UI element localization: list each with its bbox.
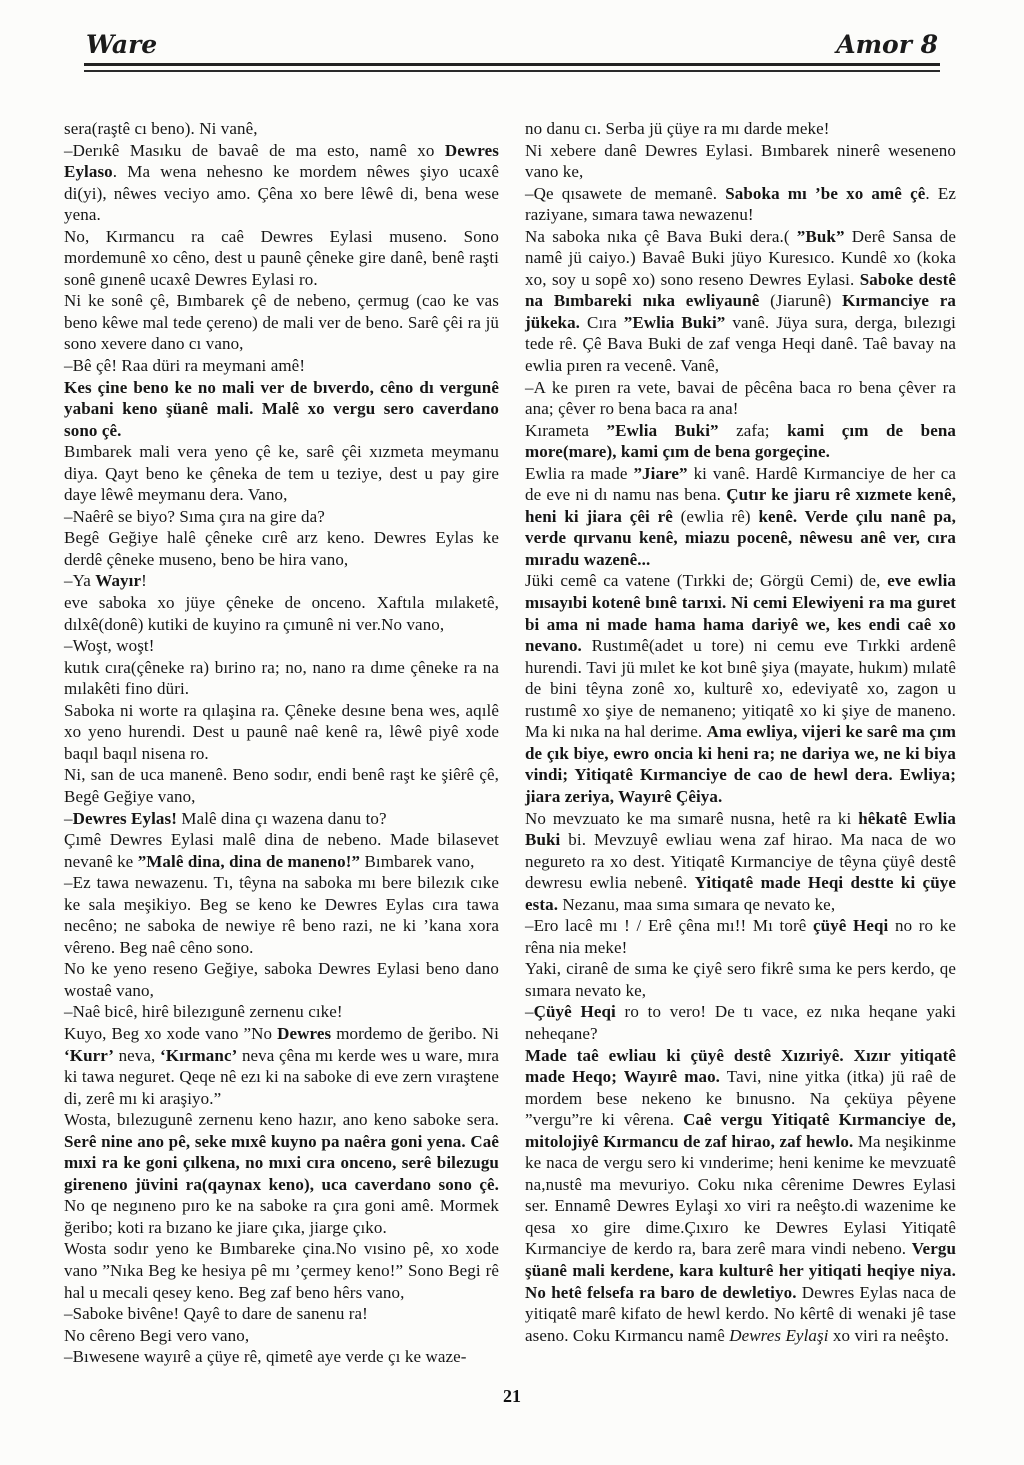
text-run: Serê nine ano pê, seke mıxê kuyno pa naê…	[64, 1132, 499, 1194]
page-number: 21	[0, 1386, 1024, 1407]
text-run: –	[525, 1002, 534, 1021]
paragraph: Ewlia ra made ”Jiare” ki vanê. Hardê Kır…	[525, 463, 956, 571]
text-run: Cıra	[580, 313, 624, 332]
text-run: –Qe qısawete de memanê.	[525, 184, 725, 203]
text-run: Yaki, ciranê de sıma ke çiyê sero fikrê …	[525, 959, 956, 1000]
text-run: –Naê bicê, hirê bilezıgunê zernenu cıke!	[64, 1002, 343, 1021]
paragraph: –Saboke bivêne! Qayê to dare de sanenu r…	[64, 1303, 499, 1325]
paragraph: Kes çine beno ke no mali ver de bıverdo,…	[64, 377, 499, 442]
text-run: ”Ewlia Buki”	[607, 421, 719, 440]
text-run: sera(raştê cı beno). Ni vanê,	[64, 119, 258, 138]
paragraph: –Bıwesene wayırê a çüye rê, qimetê aye v…	[64, 1346, 499, 1368]
header-divider	[84, 63, 940, 72]
paragraph: –Derıkê Masıku de bavaê de ma esto, namê…	[64, 140, 499, 226]
text-run: No qe negıneno pıro ke na saboke ra çıra…	[64, 1196, 499, 1237]
text-run: No, Kırmancu ra caê Dewres Eylasi museno…	[64, 227, 499, 289]
text-run: ‘Kırmanc’	[160, 1046, 237, 1065]
text-run: ”Jiare”	[633, 464, 687, 483]
text-run: . Ma wena nehesno ke mordem nêwes şiyo u…	[64, 162, 499, 224]
text-run: Ni xebere danê Dewres Eylasi. Bımbarek n…	[525, 141, 956, 182]
paragraph: –Naêrê se biyo? Sıma çıra na gire da?	[64, 506, 499, 528]
paragraph: No mevzuato ke ma sımarê nusna, hetê ra …	[525, 808, 956, 916]
text-run: –Naêrê se biyo? Sıma çıra na gire da?	[64, 507, 325, 526]
text-run: Ni, san de uca manenê. Beno sodır, endi …	[64, 765, 499, 806]
text-run: Saboka ni worte ra qılaşina ra. Çêneke d…	[64, 701, 499, 763]
text-run: kutık cıra(çêneke ra) bırino ra; no, nan…	[64, 658, 499, 699]
paragraph: –Dewres Eylas! Malê dina çı wazena danu …	[64, 808, 499, 830]
text-run: ”Buk”	[797, 227, 845, 246]
article-body: sera(raştê cı beno). Ni vanê,–Derıkê Mas…	[64, 118, 956, 1368]
paragraph: Saboka ni worte ra qılaşina ra. Çêneke d…	[64, 700, 499, 765]
page: Ware Amor 8 sera(raştê cı beno). Ni vanê…	[0, 0, 1024, 1465]
paragraph: Ni, san de uca manenê. Beno sodır, endi …	[64, 764, 499, 807]
text-run: Dewres Eylaşi	[729, 1326, 828, 1345]
paragraph: eve saboka xo jüye çêneke de onceno. Xaf…	[64, 592, 499, 635]
text-run: –Ez tawa newazenu. Tı, têyna na saboka m…	[64, 873, 499, 957]
paragraph: –Ez tawa newazenu. Tı, têyna na saboka m…	[64, 872, 499, 958]
text-column-right: no danu cı. Serba jü çüye ra mı darde me…	[525, 118, 956, 1368]
paragraph: Begê Geğiye halê çêneke cırê arz keno. D…	[64, 527, 499, 570]
paragraph: –Naê bicê, hirê bilezıgunê zernenu cıke!	[64, 1001, 499, 1023]
paragraph: –A ke pıren ra vete, bavai de pêcêna bac…	[525, 377, 956, 420]
paragraph: –Ya Wayır!	[64, 570, 499, 592]
text-run: –Saboke bivêne! Qayê to dare de sanenu r…	[64, 1304, 368, 1323]
text-run: Ni ke sonê çê, Bımbarek çê de nebeno, çe…	[64, 291, 499, 353]
text-run: ”Ewlia Buki”	[624, 313, 726, 332]
paragraph: Bımbarek mali vera yeno çê ke, sarê çêi …	[64, 441, 499, 506]
text-run: Na saboka nıka çê Bava Buki dera.(	[525, 227, 797, 246]
paragraph: Ni ke sonê çê, Bımbarek çê de nebeno, çe…	[64, 290, 499, 355]
paragraph: kutık cıra(çêneke ra) bırino ra; no, nan…	[64, 657, 499, 700]
text-run: neva,	[114, 1046, 160, 1065]
text-run: xo viri ra neêşto.	[829, 1326, 949, 1345]
paragraph: Ni xebere danê Dewres Eylasi. Bımbarek n…	[525, 140, 956, 183]
text-run: Nezanu, maa sıma sımara qe nevato ke,	[558, 895, 835, 914]
paragraph: Jüki cemê ca vatene (Tırkki de; Görgü Ce…	[525, 570, 956, 807]
paragraph: –Bê çê! Raa düri ra meymani amê!	[64, 355, 499, 377]
text-run: –Ero lacê mı ! / Erê çêna mı!! Mı torê	[525, 916, 813, 935]
text-run: –Bıwesene wayırê a çüye rê, qimetê aye v…	[64, 1347, 467, 1366]
paragraph: Kuyo, Beg xo xode vano ”No Dewres mordem…	[64, 1023, 499, 1109]
text-run: Kes çine beno ke no mali ver de bıverdo,…	[64, 378, 499, 440]
text-run: Wosta sodır yeno ke Bımbareke çina.No vı…	[64, 1239, 499, 1301]
text-run: Begê Geğiye halê çêneke cırê arz keno. D…	[64, 528, 499, 569]
text-run: eve saboka xo jüye çêneke de onceno. Xaf…	[64, 593, 499, 634]
paragraph: Yaki, ciranê de sıma ke çiyê sero fikrê …	[525, 958, 956, 1001]
text-run: Saboka mı ’be xo amê çê	[725, 184, 925, 203]
text-run: –Bê çê! Raa düri ra meymani amê!	[64, 356, 305, 375]
paragraph: no danu cı. Serba jü çüye ra mı darde me…	[525, 118, 956, 140]
paragraph: Made taê ewliau ki çüyê destê Xızıriyê. …	[525, 1045, 956, 1347]
text-run: Dewres	[277, 1024, 331, 1043]
page-header: Ware Amor 8	[86, 30, 938, 59]
text-run: –Woşt, woşt!	[64, 636, 155, 655]
text-run: ”Malê dina, dina de maneno!”	[138, 852, 360, 871]
text-run: No mevzuato ke ma sımarê nusna, hetê ra …	[525, 809, 858, 828]
text-run: (ewlia rê)	[673, 507, 759, 526]
text-run: –Ya	[64, 571, 95, 590]
text-run: Ewlia ra made	[525, 464, 633, 483]
text-run: zafa;	[719, 421, 787, 440]
text-run: Dewres Eylas!	[73, 809, 177, 828]
paragraph: –Çüyê Heqi ro to vero! De tı vace, ez nı…	[525, 1001, 956, 1044]
text-run: Jüki cemê ca vatene (Tırkki de; Görgü Ce…	[525, 571, 887, 590]
paragraph: –Woşt, woşt!	[64, 635, 499, 657]
text-run: (Jiarunê)	[759, 291, 842, 310]
issue-label: Amor 8	[836, 30, 938, 59]
text-run: no danu cı. Serba jü çüye ra mı darde me…	[525, 119, 830, 138]
text-run: Bımbarek vano,	[360, 852, 474, 871]
text-run: Bımbarek mali vera yeno çê ke, sarê çêi …	[64, 442, 499, 504]
paragraph: No cêreno Begi vero vano,	[64, 1325, 499, 1347]
paragraph: Wosta sodır yeno ke Bımbareke çina.No vı…	[64, 1238, 499, 1303]
text-run: çüyê Heqi	[813, 916, 888, 935]
text-run: –A ke pıren ra vete, bavai de pêcêna bac…	[525, 378, 956, 419]
paragraph: Çımê Dewres Eylasi malê dina de nebeno. …	[64, 829, 499, 872]
text-run: No cêreno Begi vero vano,	[64, 1326, 249, 1345]
paragraph: Na saboka nıka çê Bava Buki dera.( ”Buk”…	[525, 226, 956, 377]
text-run: No ke yeno reseno Geğiye, saboka Dewres …	[64, 959, 499, 1000]
text-run: ‘Kurr’	[64, 1046, 114, 1065]
text-run: !	[141, 571, 147, 590]
journal-title: Ware	[86, 30, 157, 59]
text-run: Çüyê Heqi	[534, 1002, 616, 1021]
text-run: Wosta, bılezugunê zernenu keno hazır, an…	[64, 1110, 499, 1129]
text-run: Kuyo, Beg xo xode vano ”No	[64, 1024, 277, 1043]
text-run: mordemo de ğeribo. Ni	[331, 1024, 499, 1043]
text-run: –Derıkê Masıku de bavaê de ma esto, namê…	[64, 141, 445, 160]
paragraph: No, Kırmancu ra caê Dewres Eylasi museno…	[64, 226, 499, 291]
paragraph: Wosta, bılezugunê zernenu keno hazır, an…	[64, 1109, 499, 1238]
paragraph: –Ero lacê mı ! / Erê çêna mı!! Mı torê ç…	[525, 915, 956, 958]
paragraph: Kırameta ”Ewlia Buki” zafa; kami çım de …	[525, 420, 956, 463]
text-column-left: sera(raştê cı beno). Ni vanê,–Derıkê Mas…	[64, 118, 499, 1368]
text-run: Kırameta	[525, 421, 607, 440]
text-run: Wayır	[95, 571, 141, 590]
text-run: Malê dina çı wazena danu to?	[177, 809, 387, 828]
text-run: –	[64, 809, 73, 828]
paragraph: sera(raştê cı beno). Ni vanê,	[64, 118, 499, 140]
paragraph: No ke yeno reseno Geğiye, saboka Dewres …	[64, 958, 499, 1001]
paragraph: –Qe qısawete de memanê. Saboka mı ’be xo…	[525, 183, 956, 226]
